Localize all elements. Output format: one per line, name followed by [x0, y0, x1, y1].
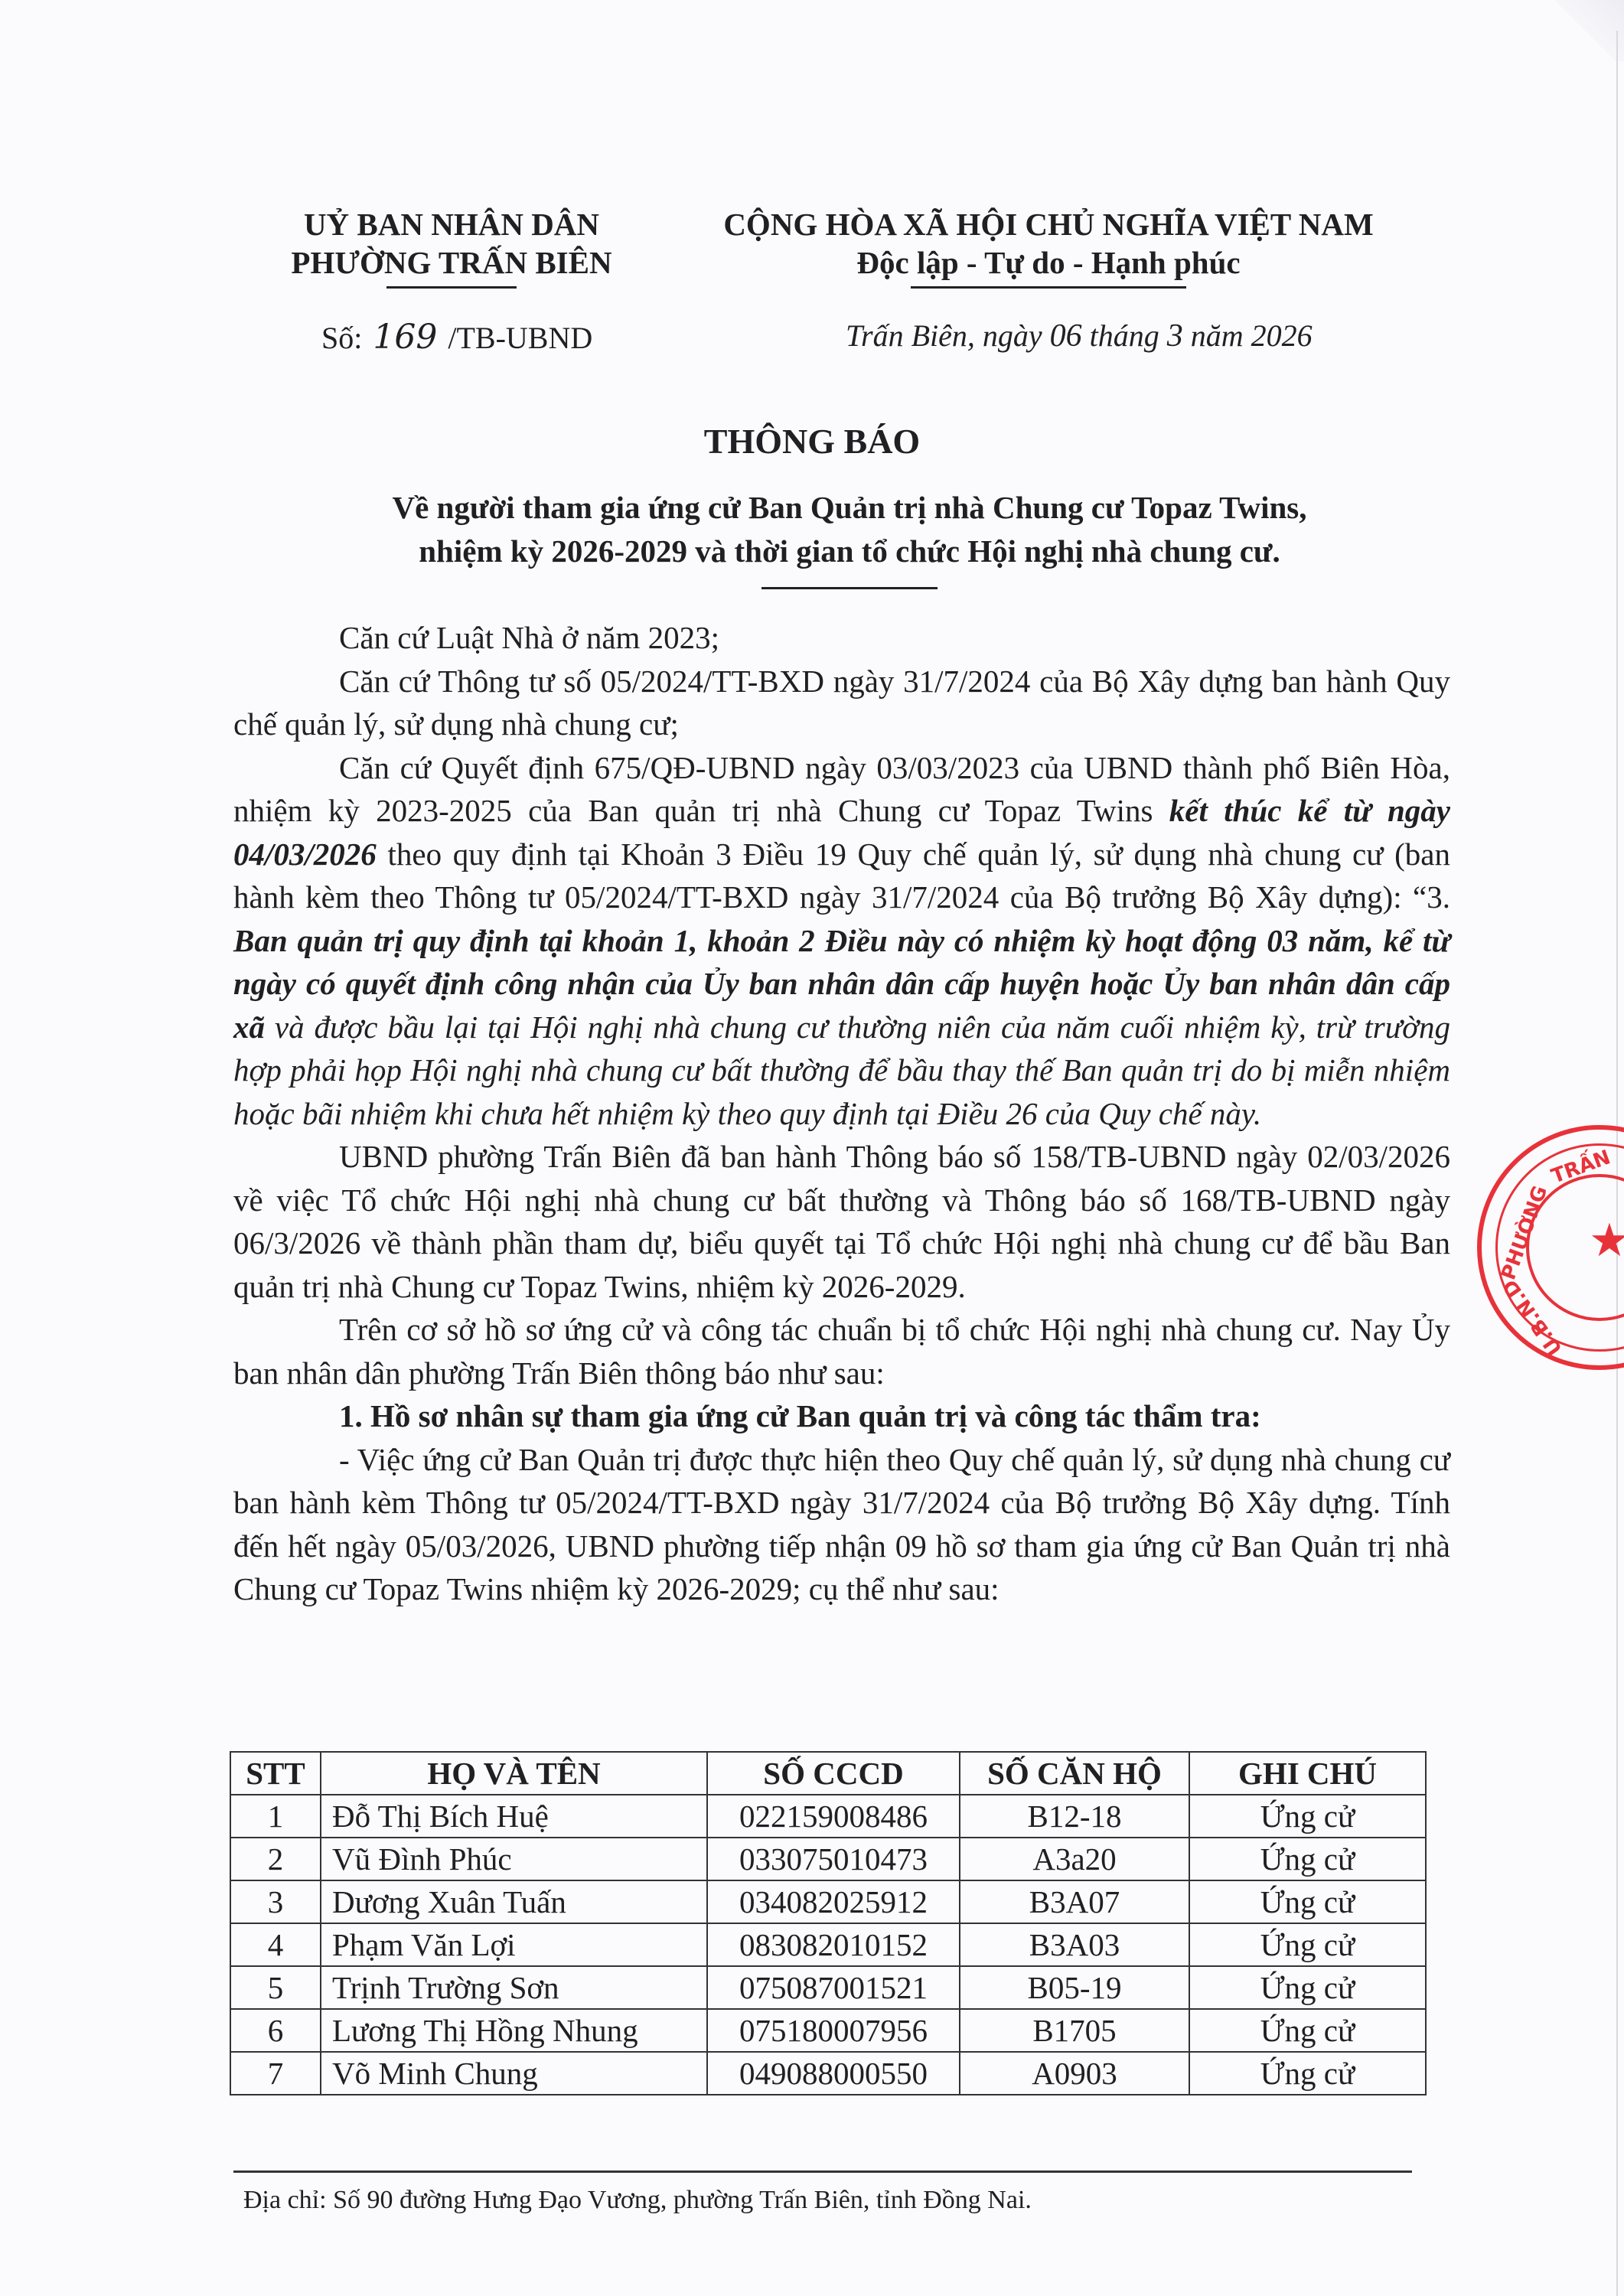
- cell-apartment-number: B3A07: [960, 1880, 1189, 1923]
- seal-text-top: TRẤN: [1548, 1146, 1613, 1188]
- month-label: tháng: [1090, 318, 1159, 353]
- page-curl: [1532, 0, 1624, 61]
- subtitle-line-2: nhiệm kỳ 2026-2029 và thời gian tổ chức …: [230, 530, 1469, 573]
- national-motto: CỘNG HÒA XÃ HỘI CHỦ NGHĨA VIỆT NAM Độc l…: [666, 205, 1431, 289]
- cell-apartment-number: B3A03: [960, 1923, 1189, 1966]
- cell-apartment-number: B05-19: [960, 1966, 1189, 2009]
- agency-line-1: UỶ BAN NHÂN DÂN: [253, 205, 651, 243]
- cell-note: Ứng cử: [1189, 2009, 1426, 2052]
- announcement-intro: Trên cơ sở hồ sơ ứng cử và công tác chuẩ…: [233, 1308, 1450, 1394]
- cell-stt: 4: [230, 1923, 321, 1966]
- official-red-seal: TRẤN PHƯỜNG U.B.N.D ★: [1477, 1125, 1624, 1370]
- cell-apartment-number: A3a20: [960, 1838, 1189, 1880]
- seal-text-side: PHƯỜNG: [1497, 1183, 1552, 1283]
- document-subtitle: Về người tham gia ứng cử Ban Quản trị nh…: [230, 486, 1469, 589]
- cell-stt: 1: [230, 1795, 321, 1838]
- cell-id-number: 049088000550: [707, 2052, 960, 2095]
- nation-motto: Độc lập - Tự do - Hạnh phúc: [666, 243, 1431, 282]
- header-stt: STT: [230, 1752, 321, 1795]
- motto-underline: [911, 286, 1186, 289]
- cell-stt: 3: [230, 1880, 321, 1923]
- cell-id-number: 034082025912: [707, 1880, 960, 1923]
- cell-full-name: Đỗ Thị Bích Huệ: [321, 1795, 707, 1838]
- cell-id-number: 033075010473: [707, 1838, 960, 1880]
- cell-id-number: 083082010152: [707, 1923, 960, 1966]
- subtitle-underline: [761, 587, 938, 589]
- section-1-heading: 1. Hồ sơ nhân sự tham gia ứng cử Ban quả…: [233, 1394, 1450, 1438]
- cell-full-name: Phạm Văn Lợi: [321, 1923, 707, 1966]
- cell-stt: 5: [230, 1966, 321, 2009]
- cell-note: Ứng cử: [1189, 1795, 1426, 1838]
- header-apartment-number: SỐ CĂN HỘ: [960, 1752, 1189, 1795]
- prior-notices: UBND phường Trấn Biên đã ban hành Thông …: [233, 1135, 1450, 1308]
- header-note: GHI CHÚ: [1189, 1752, 1426, 1795]
- table-header-row: STT HỌ VÀ TÊN SỐ CCCD SỐ CĂN HỘ GHI CHÚ: [230, 1752, 1426, 1795]
- cell-apartment-number: B1705: [960, 2009, 1189, 2052]
- year-label: năm 2026: [1191, 318, 1313, 353]
- agency-line-2: PHƯỜNG TRẤN BIÊN: [253, 243, 651, 282]
- table-row: 2Vũ Đình Phúc033075010473A3a20Ứng cử: [230, 1838, 1426, 1880]
- place-date-prefix: Trấn Biên, ngày: [846, 318, 1042, 353]
- month-handwritten: 3: [1167, 318, 1183, 354]
- cell-full-name: Trịnh Trường Sơn: [321, 1966, 707, 2009]
- table-row: 5Trịnh Trường Sơn075087001521B05-19Ứng c…: [230, 1966, 1426, 2009]
- table-row: 7Võ Minh Chung049088000550A0903Ứng cử: [230, 2052, 1426, 2095]
- table-row: 1Đỗ Thị Bích Huệ022159008486B12-18Ứng cử: [230, 1795, 1426, 1838]
- document-body: Căn cứ Luật Nhà ở năm 2023; Căn cứ Thông…: [233, 616, 1450, 1611]
- footer-divider: [233, 2170, 1412, 2173]
- cell-note: Ứng cử: [1189, 2052, 1426, 2095]
- nation-name: CỘNG HÒA XÃ HỘI CHỦ NGHĨA VIỆT NAM: [666, 205, 1431, 243]
- footer-address: Địa chỉ: Số 90 đường Hưng Đạo Vương, phư…: [243, 2186, 1032, 2215]
- cell-stt: 7: [230, 2052, 321, 2095]
- doc-no-handwritten: 169: [373, 318, 437, 357]
- seal-text-bottom: U.B.N.D: [1498, 1275, 1567, 1360]
- cell-stt: 2: [230, 1838, 321, 1880]
- legal-basis-housing-law: Căn cứ Luật Nhà ở năm 2023;: [233, 616, 1450, 660]
- cell-full-name: Võ Minh Chung: [321, 2052, 707, 2095]
- cell-id-number: 075087001521: [707, 1966, 960, 2009]
- place-and-date: Trấn Biên, ngày 06 tháng 3 năm 2026: [846, 318, 1313, 354]
- legal-basis-circular: Căn cứ Thông tư số 05/2024/TT-BXD ngày 3…: [233, 660, 1450, 746]
- subtitle-line-1: Về người tham gia ứng cử Ban Quản trị nh…: [230, 486, 1469, 530]
- table-row: 3Dương Xuân Tuấn034082025912B3A07Ứng cử: [230, 1880, 1426, 1923]
- document-number: Số:169/TB-UBND: [321, 318, 592, 357]
- document-title: THÔNG BÁO: [0, 421, 1624, 461]
- quoted-clause-italic: và được bầu lại tại Hội nghị nhà chung c…: [233, 1009, 1450, 1131]
- cell-apartment-number: B12-18: [960, 1795, 1189, 1838]
- cell-note: Ứng cử: [1189, 1880, 1426, 1923]
- cell-id-number: 022159008486: [707, 1795, 960, 1838]
- issuing-agency: UỶ BAN NHÂN DÂN PHƯỜNG TRẤN BIÊN: [253, 205, 651, 289]
- candidate-table: STT HỌ VÀ TÊN SỐ CCCD SỐ CĂN HỘ GHI CHÚ …: [230, 1751, 1427, 2095]
- cell-id-number: 075180007956: [707, 2009, 960, 2052]
- cell-note: Ứng cử: [1189, 1966, 1426, 2009]
- cell-note: Ứng cử: [1189, 1923, 1426, 1966]
- decision-text-c: theo quy định tại Khoản 3 Điều 19 Quy ch…: [233, 837, 1450, 915]
- day-handwritten: 06: [1050, 318, 1082, 354]
- header-id-number: SỐ CCCD: [707, 1752, 960, 1795]
- doc-no-prefix: Số:: [321, 321, 362, 355]
- seal-star-icon: ★: [1589, 1214, 1624, 1267]
- doc-no-suffix: /TB-UBND: [448, 321, 592, 355]
- agency-underline: [386, 286, 517, 289]
- cell-full-name: Dương Xuân Tuấn: [321, 1880, 707, 1923]
- table-row: 4Phạm Văn Lợi083082010152B3A03Ứng cử: [230, 1923, 1426, 1966]
- cell-apartment-number: A0903: [960, 2052, 1189, 2095]
- legal-basis-decision: Căn cứ Quyết định 675/QĐ-UBND ngày 03/03…: [233, 746, 1450, 1136]
- cell-full-name: Vũ Đình Phúc: [321, 1838, 707, 1880]
- header-full-name: HỌ VÀ TÊN: [321, 1752, 707, 1795]
- candidacy-details: - Việc ứng cử Ban Quản trị được thực hiệ…: [233, 1438, 1450, 1611]
- table-row: 6Lương Thị Hồng Nhung075180007956B1705Ứn…: [230, 2009, 1426, 2052]
- cell-note: Ứng cử: [1189, 1838, 1426, 1880]
- cell-full-name: Lương Thị Hồng Nhung: [321, 2009, 707, 2052]
- cell-stt: 6: [230, 2009, 321, 2052]
